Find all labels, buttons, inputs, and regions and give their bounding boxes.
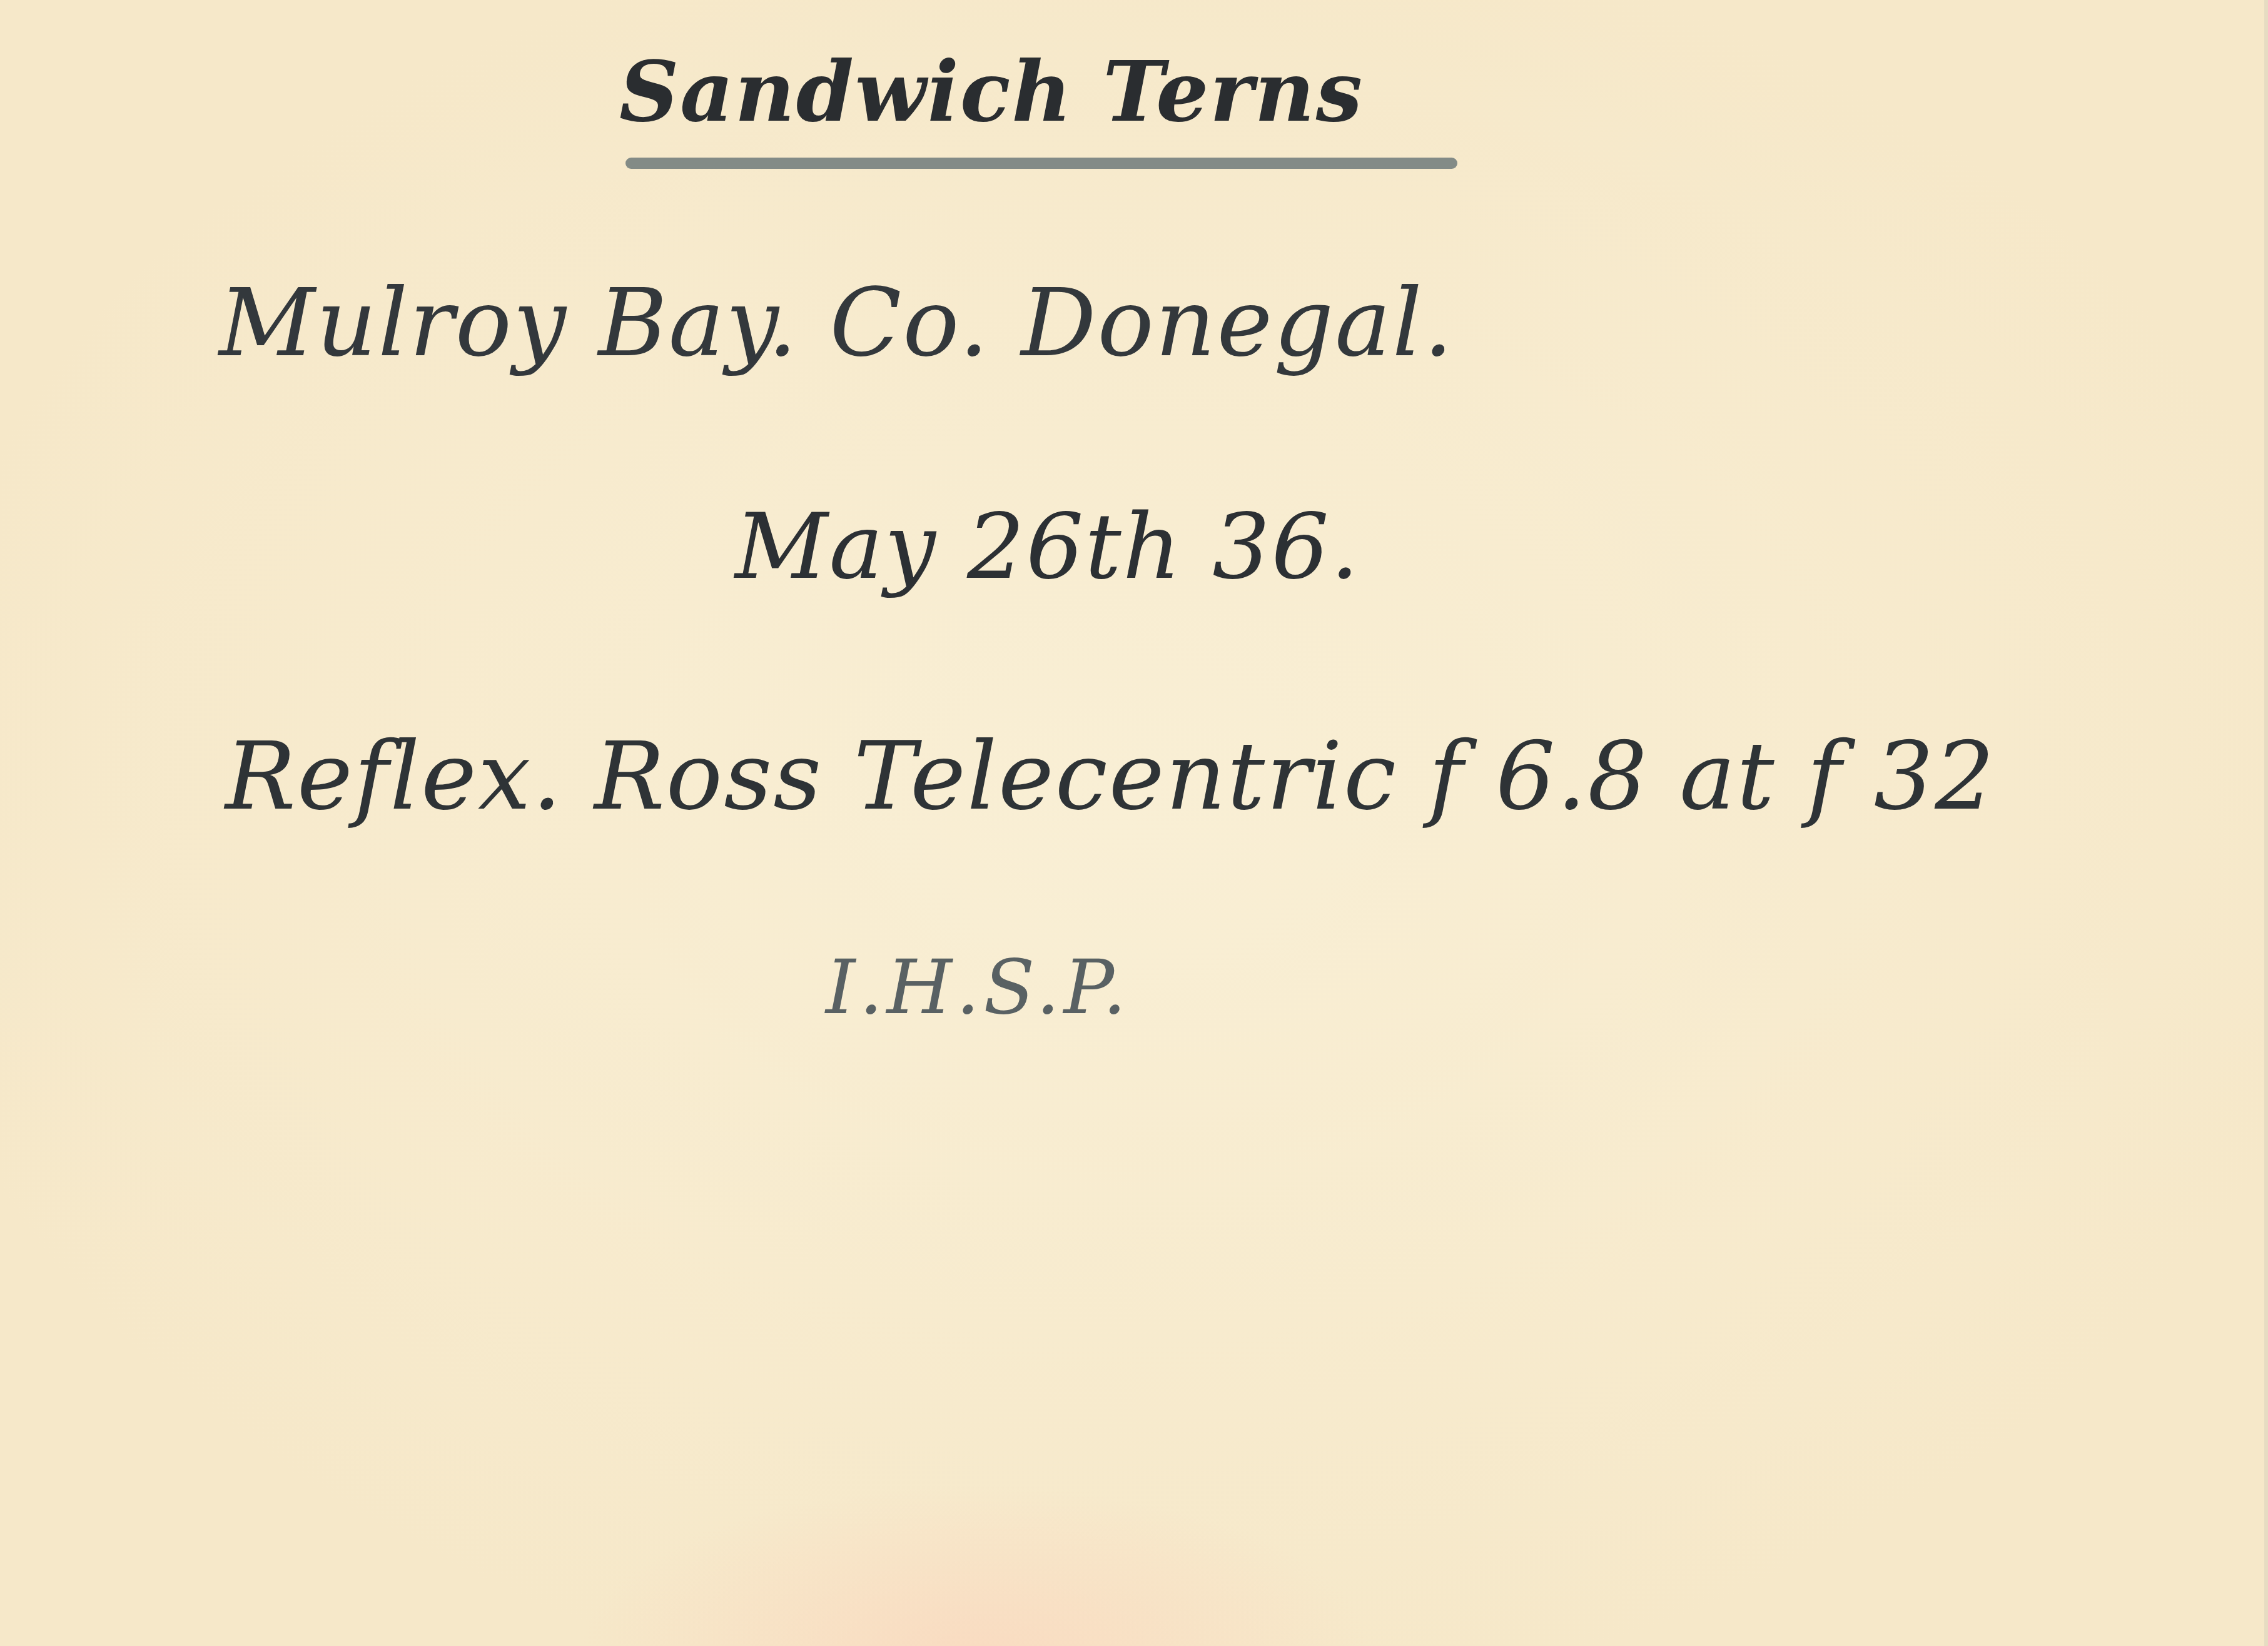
author-initials: I.H.S.P. <box>826 944 1130 1031</box>
archival-photo-card: Sandwich Terns Mulroy Bay. Co. Donegal. … <box>0 0 2268 1646</box>
card-heading: Sandwich Terns <box>619 44 1364 141</box>
heading-underline <box>625 158 1457 169</box>
camera-equipment-line: Reflex. Ross Telecentric f 6.8 at f 32 <box>225 722 1996 831</box>
location-line: Mulroy Bay. Co. Donegal. <box>219 269 1454 378</box>
date-line: May 26th 36. <box>735 494 1360 600</box>
